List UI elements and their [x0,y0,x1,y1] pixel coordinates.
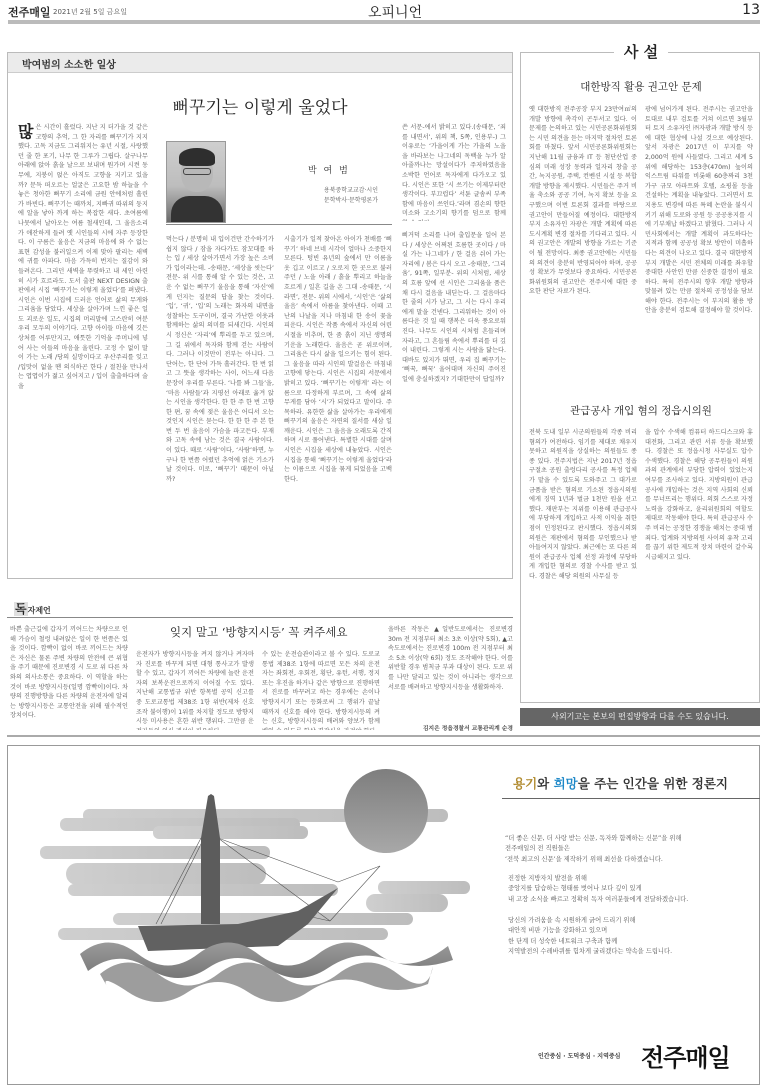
slogan-hope: 희망 [554,776,578,791]
masthead-date: 2021년 2월 5일 금요일 [53,7,127,17]
ad-paragraph-3: 당신의 가려움을 속 시원하게 긁어 드리기 위해 대안적 비판 기능을 강화하… [508,916,672,957]
editorial-1-col2: 광에 넘어가게 된다. 전주시는 권고안을 토대로 내부 검토를 거쳐 이르면 … [645,105,753,423]
ad-line: 당신의 가려움을 속 시원하게 긁어 드리기 위해 [508,916,672,926]
author-affiliation: 용북중학교교감·시인 문학박사·문학평론가 [298,186,378,206]
ad-rule [502,798,760,799]
dropcap: 많 [18,123,33,140]
reader-tag-big: 독 [14,602,28,616]
reader-col1: 바쁜 출근길에 갑자기 끼어드는 차량으로 인해 가슴이 철렁 내려앉은 일이 … [10,625,128,730]
house-ad: 용기와 희망을 주는 인간을 위한 정론지 “더 좋은 신문, 더 사랑 받는 … [7,745,760,1085]
editorial-label-text: 사 설 [614,43,668,61]
author-name: 박 여 범 [308,163,350,176]
ad-logo: 전주매일 [641,1038,730,1073]
ad-paragraph-2: 진정한 지방자치 발전을 위해 중앙지를 답습하는 형태를 벗어나 보다 깊이 … [508,874,688,905]
reader-suggestion-rule [7,617,513,618]
slogan-rest: 을 주는 인간을 위한 정론지 [578,776,728,791]
disclaimer-banner: 사외기고는 본보의 편집방향과 다를 수도 있습니다. [520,708,760,726]
ad-line: 중앙지를 답습하는 형태를 벗어나 보다 깊이 있게 [508,884,688,894]
column-text-col2: 먹는다 / 분명히 내 입이건만 간수하기가 쉽지 않다 / 잠을 자다가도 잠… [166,235,274,575]
masthead-logo: 전주매일 [8,4,51,20]
editorial-1-col1: 옛 대한방직 전주공장 부지 23만여㎡의 개발 방향에 촉각이 곤두서고 있다… [529,105,637,423]
editorial-2-col1: 전북 도내 일부 시군의원들의 각종 비리 혐의가 여전하다. 임기를 제대로 … [529,428,637,698]
author-affiliation-2: 문학박사·문학평론가 [298,196,378,206]
reader-suggestion-tag: 독자제언 [14,598,51,617]
ad-tagline: 인간중심 · 도덕중심 · 지역중심 [538,1051,620,1060]
column-col1-text: 은 시간이 흘렀다. 지난 지 더가을 것 같은 고향의 추억, 그 한 자리를… [18,124,148,390]
slogan-and: 와 [537,776,553,791]
ad-line: ‘전북 최고의 신문’을 제작하기 위해 최선을 다하겠습니다. [505,855,682,865]
ad-line: 전주매일의 전 직원들은 [505,844,682,854]
section-divider [7,735,760,737]
reader-col4-wrap: 올바른 작동은 ▲일반도로에서는 진로변경 30m 전 지점부터 최소 3초 이… [388,625,513,735]
ad-line: “더 좋은 신문, 더 사랑 받는 신문, 독자와 함께하는 신문”을 위해 [505,834,682,844]
reader-col2: 운전자가 방향지시등을 켜지 않거나 켜자마자 진로를 바꾸게 되면 대형 통사… [136,650,254,730]
editorial-section: 사 설 대한방직 활용 권고안 문제 옛 대한방직 전주공장 부지 23만여㎡의… [520,52,760,703]
ad-line: 지역발전의 수레바퀴를 힘차게 굴리겠다는 약속을 드립니다. [508,947,672,957]
column-text-col3: 시출기가 일적 찾아온 아이가 천배를 ‘뻐꾸기’ 하네 브네 시각이 얼마나 … [284,235,392,575]
author-affiliation-1: 용북중학교교감·시인 [298,186,378,196]
column-article: 박여범의 소소한 일상 뻐꾸기는 이렇게 울었다 많 은 시간이 흘렀다. 지난… [7,52,513,579]
ad-slogan: 용기와 희망을 주는 인간을 위한 정론지 [513,774,728,792]
column-text-col4-top: 쓴 서문-에서 밝히고 있다.(송태문, ‘죄를 내면서’, 위의 책, 5쪽,… [402,123,506,221]
reader-suggestion-title: 잊지 말고 ‘방향지시등’ 꼭 켜주세요 [170,624,347,640]
editorial-2-col2: 을 압수 수색해 컴퓨터 하드디스크와 휴대전화, 그리고 관련 서류 등을 확… [645,428,753,698]
column-title: 뻐꾸기는 이렇게 울었다 [8,93,512,118]
photo-divider [166,224,392,225]
author-photo [166,141,226,223]
ad-line: 진정한 지방자치 발전을 위해 [508,874,688,884]
ad-line: 한 단계 더 성숙한 네트워크 구축과 함께 [508,937,672,947]
ad-paragraph-1: “더 좋은 신문, 더 사랑 받는 신문, 독자와 함께하는 신문”을 위해 전… [505,834,682,865]
column-text-col1: 많 은 시간이 흘렀다. 지난 지 더가을 것 같은 고향의 추억, 그 한 자… [18,123,148,575]
section-title: 오피니언 [368,2,422,22]
reader-tag-small: 자제언 [28,606,51,615]
ad-line: 대안적 비판 기능을 강화하고 있으며 [508,926,672,936]
ship-illustration [8,746,478,1086]
column-series-label: 박여범의 소소한 일상 [22,56,116,71]
ad-line: 내 고장 소식을 빠르고 정확히 독자 여러분들에게 전달하겠습니다. [508,895,688,905]
column-text-col4-bottom: 삐거덕 소리를 나며 출입문을 일어 본다 / 세상은 어쩌된 흐름한 곳이다 … [402,231,506,575]
reader-byline: 김지은 정읍경찰서 교통관리계 순경 [388,723,513,732]
masthead-rule [8,20,760,24]
page-number: 13 [742,2,760,18]
editorial-title-2: 관급공사 개입 혐의 정읍시의원 [521,403,761,418]
reader-col4: 올바른 작동은 ▲일반도로에서는 진로변경 30m 전 지점부터 최소 3초 이… [388,625,513,721]
reader-col3: 수 있는 운전습관이라고 볼 수 있다. 도로교통법 제38조 1항에 따르면 … [262,650,380,730]
editorial-label: 사 설 [521,41,761,62]
slogan-courage: 용기 [513,776,537,791]
masthead: 전주매일 2021년 2월 5일 금요일 오피니언 13 [8,2,760,22]
editorial-title-1: 대한방직 활용 권고안 문제 [521,79,761,94]
column-series-header: 박여범의 소소한 일상 [8,53,512,73]
